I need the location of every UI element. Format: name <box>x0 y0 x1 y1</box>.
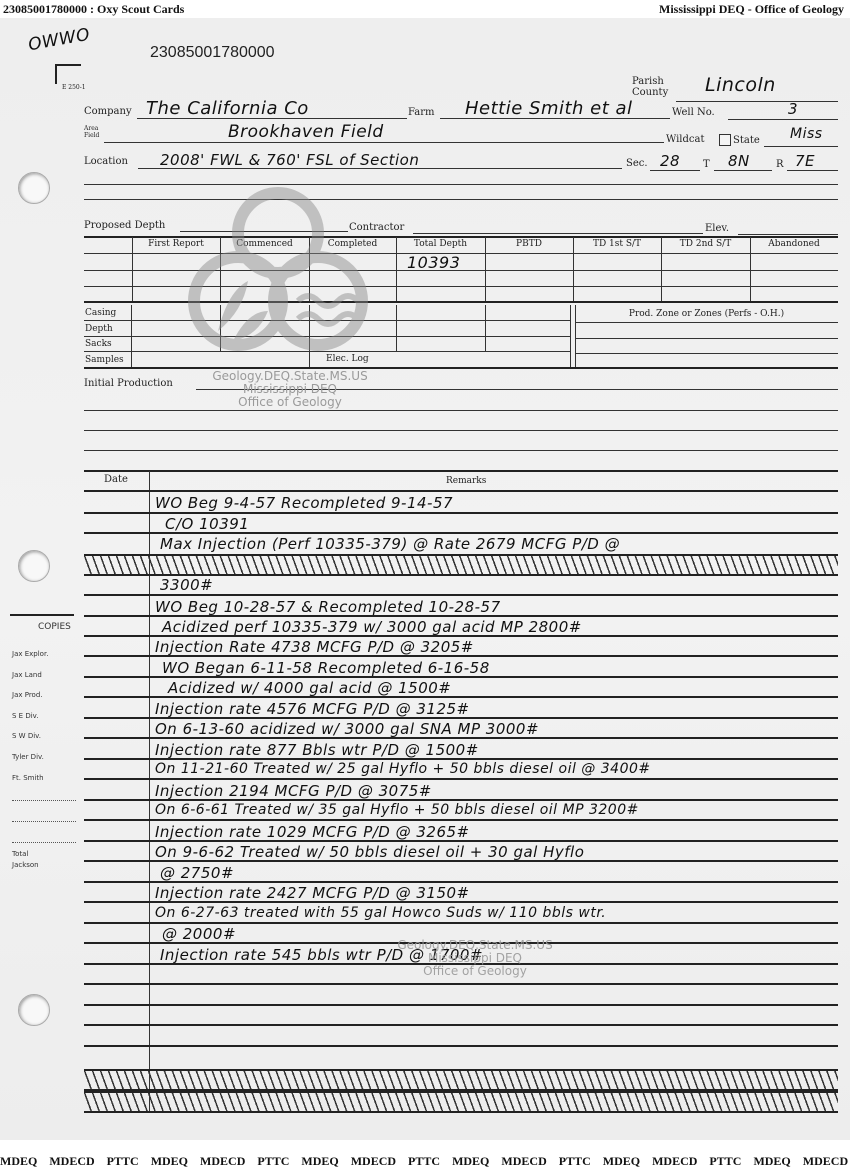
sec-label: Sec. <box>626 158 648 169</box>
depth-label: Depth <box>85 322 124 338</box>
remark-line: Injection rate 4576 MCFG P/D @ 3125# <box>155 700 470 718</box>
footer-item: PTTC <box>408 1154 440 1168</box>
copies-list: Jax Explor. Jax Land Jax Prod. S E Div. … <box>12 644 76 871</box>
copies-item: Jax Land <box>12 665 76 686</box>
footer-item: MDECD <box>200 1154 245 1168</box>
sec-underline <box>650 170 700 171</box>
area-label: Area <box>84 125 99 132</box>
samples-label: Samples <box>85 353 124 369</box>
initial-production-label: Initial Production <box>84 378 173 389</box>
page-footer: MDEQMDECDPTTCMDEQMDECDPTTCMDEQMDECDPTTCM… <box>0 1154 850 1172</box>
remark-line: On 6-27-63 treated with 55 gal Howco Sud… <box>155 905 606 921</box>
well-no-underline <box>728 119 838 120</box>
county-label: County <box>632 87 668 98</box>
copies-item: Tyler Div. <box>12 747 76 768</box>
ip-line <box>84 450 838 451</box>
remark-line: C/O 10391 <box>165 515 249 533</box>
footer-item: MDECD <box>652 1154 697 1168</box>
remark-line: Injection rate 877 Bbls wtr P/D @ 1500# <box>155 741 479 759</box>
col-abandoned: Abandoned <box>750 239 838 249</box>
total-depth-value: 10393 <box>407 253 460 272</box>
ip-line <box>84 410 838 411</box>
copies-item <box>12 830 76 843</box>
footer-item: PTTC <box>107 1154 139 1168</box>
field-label: Field <box>84 132 99 139</box>
r-value: 7E <box>795 152 815 170</box>
wildcat-checkbox[interactable] <box>719 134 731 146</box>
remark-line: On 6-13-60 acidized w/ 3000 gal SNA MP 3… <box>155 720 539 738</box>
casing-labels: Casing Depth Sacks Samples <box>85 306 124 368</box>
ip-line <box>84 430 838 431</box>
remarks-line <box>84 512 838 514</box>
remarks-line <box>84 1004 838 1006</box>
watermark-line: Office of Geology <box>180 396 400 409</box>
footer-item: MDECD <box>49 1154 94 1168</box>
farm-label: Farm <box>408 107 434 118</box>
footer-item: MDEQ <box>0 1154 37 1168</box>
prod-zone-row <box>575 338 838 339</box>
footer-item: MDEQ <box>452 1154 489 1168</box>
prod-zone-label: Prod. Zone or Zones (Perfs - O.H.) <box>575 309 838 319</box>
copies-item <box>12 788 76 801</box>
remark-line: Acidized perf 10335-379 w/ 3000 gal acid… <box>162 618 582 636</box>
field-value: Brookhaven Field <box>228 122 384 142</box>
copies-item: S W Div. <box>12 726 76 747</box>
county-underline <box>676 101 838 102</box>
copies-divider <box>10 614 74 616</box>
remark-line: Max Injection (Perf 10335-379) @ Rate 26… <box>160 535 620 553</box>
farm-value: Hettie Smith et al <box>465 98 633 119</box>
api-number: 23085001780000 <box>150 44 275 62</box>
copies-item: Jax Explor. <box>12 644 76 665</box>
copies-item: Jax Prod. <box>12 685 76 706</box>
footer-item: PTTC <box>257 1154 289 1168</box>
remarks-line <box>84 1045 838 1047</box>
remark-line: Injection 2194 MCFG P/D @ 3075# <box>155 782 432 800</box>
col-total-depth: Total Depth <box>396 239 485 249</box>
col-td-1st: TD 1st S/T <box>573 239 661 249</box>
remark-line: On 11-21-60 Treated w/ 25 gal Hyflo + 50… <box>155 761 651 777</box>
remarks-header: Remarks <box>446 476 486 486</box>
footer-item: MDECD <box>803 1154 848 1168</box>
sacks-label: Sacks <box>85 337 124 353</box>
remarks-top-border <box>84 470 838 472</box>
hatched-separator <box>84 1091 838 1113</box>
location-value: 2008' FWL & 760' FSL of Section <box>160 151 419 169</box>
well-no-value: 3 <box>788 100 798 118</box>
remark-line: WO Beg 10-28-57 & Recompleted 10-28-57 <box>155 598 501 616</box>
remark-line: Injection rate 1029 MCFG P/D @ 3265# <box>155 823 470 841</box>
watermark-text: Geology.DEQ.State.MS.US Mississippi DEQ … <box>370 939 580 978</box>
binder-hole <box>18 550 50 582</box>
copies-title: COPIES <box>38 622 71 632</box>
t-label: T <box>703 159 710 170</box>
sec-value: 28 <box>660 152 680 170</box>
remarks-line <box>84 983 838 985</box>
copies-item <box>12 809 76 822</box>
well-no-label: Well No. <box>672 107 715 118</box>
binder-hole <box>18 172 50 204</box>
company-value: The California Co <box>146 98 309 119</box>
remark-line: On 6-6-61 Treated w/ 35 gal Hyflo + 50 b… <box>155 802 639 818</box>
col-divider <box>396 305 397 351</box>
remarks-line <box>84 819 838 821</box>
agency-title: Mississippi DEQ - Office of Geology <box>659 2 844 17</box>
remarks-line <box>84 594 838 596</box>
footer-item: MDEQ <box>151 1154 188 1168</box>
watermark-line: Office of Geology <box>370 965 580 978</box>
wildcat-label: Wildcat <box>666 134 704 145</box>
parish-county-label: Parish County <box>632 76 668 98</box>
field-underline <box>104 142 664 143</box>
t-value: 8N <box>728 152 750 170</box>
r-underline <box>787 170 838 171</box>
state-value: Miss <box>790 126 823 142</box>
document-title: 23085001780000 : Oxy Scout Cards <box>3 2 184 17</box>
footer-item: MDEQ <box>753 1154 790 1168</box>
col-pbtd: PBTD <box>485 239 573 249</box>
footer-item: MDEQ <box>301 1154 338 1168</box>
date-header: Date <box>104 474 128 485</box>
hatched-separator <box>84 1069 838 1091</box>
remark-line: @ 2000# <box>162 925 236 943</box>
location-label: Location <box>84 156 128 167</box>
remarks-line <box>84 490 838 492</box>
contractor-underline <box>413 233 703 234</box>
state-label: State <box>733 135 760 146</box>
mdeq-logo-watermark-icon <box>178 181 378 381</box>
copies-item: Ft. Smith <box>12 768 76 789</box>
remark-line: On 9-6-62 Treated w/ 50 bbls diesel oil … <box>155 843 584 861</box>
footer-item: MDECD <box>351 1154 396 1168</box>
footer-item: MDEQ <box>603 1154 640 1168</box>
area-field-label: Area Field <box>84 125 99 139</box>
col-divider <box>570 305 571 367</box>
scout-card: OWWO 23085001780000 E 250-1 Parish Count… <box>0 18 850 1140</box>
company-label: Company <box>84 106 132 117</box>
footer-item: MDECD <box>501 1154 546 1168</box>
watermark-text: Geology.DEQ.State.MS.US Mississippi DEQ … <box>180 370 400 409</box>
col-divider <box>131 305 132 367</box>
footer-item: PTTC <box>559 1154 591 1168</box>
remark-line: WO Beg 9-4-57 Recompleted 9-14-57 <box>155 494 453 512</box>
corner-mark <box>55 64 57 84</box>
remark-line: Injection Rate 4738 MCFG P/D @ 3205# <box>155 638 474 656</box>
page-header: 23085001780000 : Oxy Scout Cards Mississ… <box>0 0 850 18</box>
hatched-separator <box>84 554 838 576</box>
r-label: R <box>776 159 784 170</box>
t-underline <box>714 170 772 171</box>
copies-item: Total Jackson <box>12 849 46 871</box>
col-divider <box>485 305 486 351</box>
corner-mark <box>55 64 81 66</box>
remark-line: WO Began 6-11-58 Recompleted 6-16-58 <box>162 659 490 677</box>
col-td-2nd: TD 2nd S/T <box>661 239 750 249</box>
parish-label: Parish <box>632 76 668 87</box>
binder-hole <box>18 994 50 1026</box>
remark-line: @ 2750# <box>160 864 234 882</box>
remarks-line <box>84 778 838 780</box>
county-value: Lincoln <box>705 74 776 96</box>
casing-label: Casing <box>85 306 124 322</box>
proposed-depth-label: Proposed Depth <box>84 220 165 231</box>
state-underline <box>764 146 838 147</box>
prod-zone-row <box>575 322 838 323</box>
elev-label: Elev. <box>705 223 729 234</box>
remarks-line <box>84 922 838 924</box>
remark-line: Injection rate 2427 MCFG P/D @ 3150# <box>155 884 470 902</box>
remarks-line <box>84 1024 838 1026</box>
footer-item: PTTC <box>709 1154 741 1168</box>
form-code: E 250-1 <box>62 84 86 91</box>
remark-line: Acidized w/ 4000 gal acid @ 1500# <box>168 679 451 697</box>
elev-underline <box>738 234 838 235</box>
copies-item: S E Div. <box>12 706 76 727</box>
prod-zone-row <box>575 353 838 354</box>
remark-line: 3300# <box>160 576 213 594</box>
